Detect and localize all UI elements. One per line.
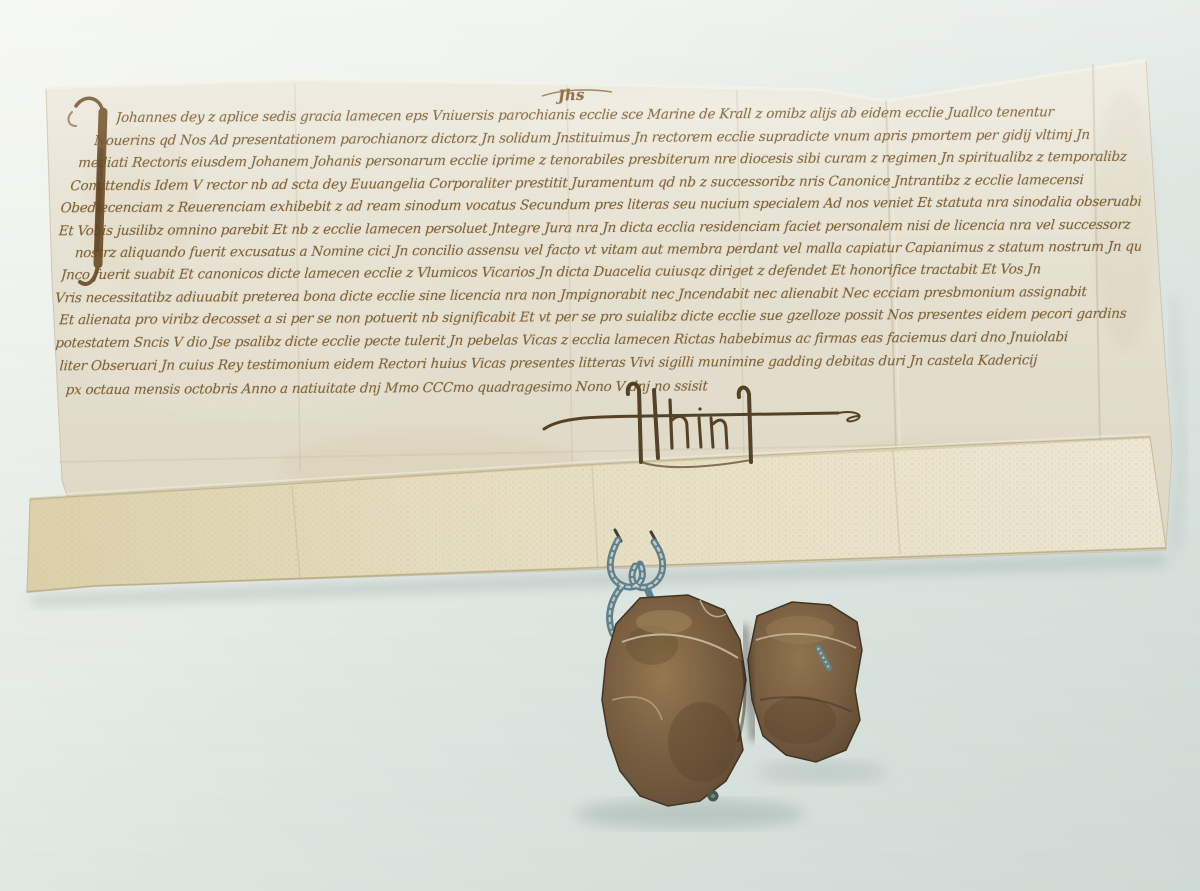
- wax-seal-right-fragment: [748, 602, 862, 762]
- wax-seal-left-fragment: [602, 595, 746, 806]
- charter-photo: Johannes dey z aplice sedis gracia lamec…: [0, 0, 1200, 891]
- drop-cap-initial: [69, 98, 103, 284]
- ink-and-seal-layer: [0, 0, 1200, 891]
- notary-flourish: [544, 384, 860, 467]
- invocation-flourish: [542, 90, 612, 96]
